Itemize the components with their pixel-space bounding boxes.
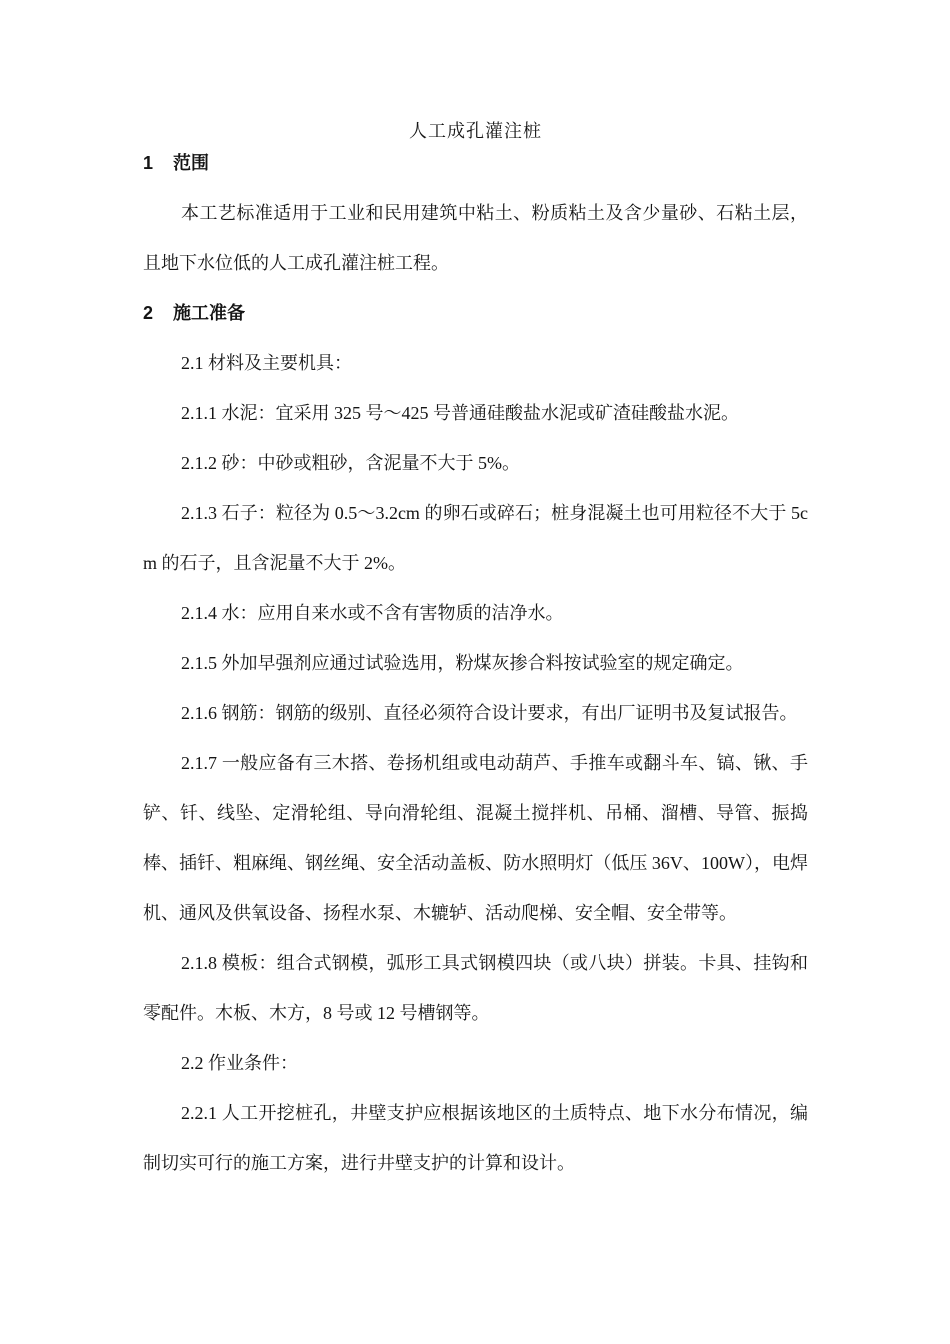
section-heading-preparation: 2施工准备 xyxy=(143,288,808,338)
paragraph-tools-equipment: 2.1.7 一般应备有三木搭、卷扬机组或电动葫芦、手推车或翻斗车、镐、锹、手铲、… xyxy=(143,738,808,938)
section-heading-label: 范围 xyxy=(173,153,209,173)
paragraph-sand: 2.1.2 砂：中砂或粗砂，含泥量不大于 5%。 xyxy=(143,438,808,488)
document-page: 人工成孔灌注桩 1范围 本工艺标准适用于工业和民用建筑中粘土、粉质粘土及含少量砂… xyxy=(0,0,950,1344)
section-number: 2 xyxy=(143,288,173,338)
paragraph-work-conditions-intro: 2.2 作业条件： xyxy=(143,1038,808,1088)
paragraph-admixture: 2.1.5 外加早强剂应通过试验选用，粉煤灰掺合料按试验室的规定确定。 xyxy=(143,638,808,688)
paragraph-excavation-plan: 2.2.1 人工开挖桩孔，井壁支护应根据该地区的土质特点、地下水分布情况，编制切… xyxy=(143,1088,808,1188)
paragraph-formwork: 2.1.8 模板：组合式钢模，弧形工具式钢模四块（或八块）拼装。卡具、挂钩和零配… xyxy=(143,938,808,1038)
paragraph-materials-intro: 2.1 材料及主要机具： xyxy=(143,338,808,388)
section-heading-label: 施工准备 xyxy=(173,303,245,323)
paragraph-cement: 2.1.1 水泥：宜采用 325 号～425 号普通硅酸盐水泥或矿渣硅酸盐水泥。 xyxy=(143,388,808,438)
paragraph-water: 2.1.4 水：应用自来水或不含有害物质的洁净水。 xyxy=(143,588,808,638)
paragraph-rebar: 2.1.6 钢筋：钢筋的级别、直径必须符合设计要求，有出厂证明书及复试报告。 xyxy=(143,688,808,738)
paragraph-gravel: 2.1.3 石子：粒径为 0.5～3.2cm 的卵石或碎石；桩身混凝土也可用粒径… xyxy=(143,488,808,588)
paragraph-scope-body: 本工艺标准适用于工业和民用建筑中粘土、粉质粘土及含少量砂、石粘土层，且地下水位低… xyxy=(143,188,808,288)
section-number: 1 xyxy=(143,138,173,188)
